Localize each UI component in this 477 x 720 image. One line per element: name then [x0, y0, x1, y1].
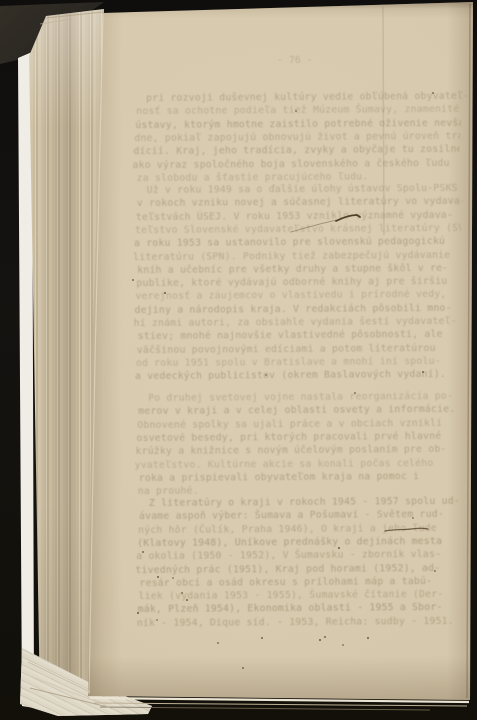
page-number: - 76 - [134, 53, 456, 68]
paper-speck [338, 547, 340, 549]
paper-speck [319, 639, 321, 641]
text-line: ník - 1954, Dique síd. - 1953, Reicha: s… [137, 614, 463, 629]
paper-speck [295, 110, 297, 112]
paper-speck [342, 644, 344, 646]
paper-speck [242, 667, 244, 669]
paper-speck [432, 92, 434, 94]
photo-stage: - 76 - pri rozvoji duševnej kultúry vedi… [0, 0, 477, 720]
text-line: a vedeckých publicistov (okrem Baslavový… [135, 368, 461, 383]
paper-speck [156, 619, 158, 621]
paper-speck [164, 292, 166, 294]
paper-speck [186, 599, 188, 601]
typewritten-text-block: - 76 - pri rozvoji duševnej kultúry vedi… [0, 0, 477, 720]
paper-speck [137, 612, 139, 614]
paper-speck [172, 577, 174, 579]
paper-speck [261, 637, 263, 639]
paper-speck [354, 392, 356, 394]
